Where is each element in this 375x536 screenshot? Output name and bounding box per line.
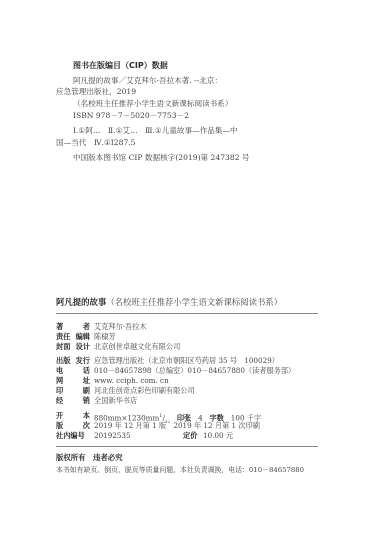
cip-publisher-line: 应急管理出版社，2019 — [56, 86, 136, 97]
row-value: 全国新华书店 — [94, 396, 137, 406]
row-value: 2019 年 12 月第 1 版 2019 年 12 月第 1 次印刷 — [94, 421, 260, 431]
row-label: 网址 — [56, 376, 90, 386]
footer-divider — [56, 446, 318, 447]
row-label: 社内编号 — [56, 431, 90, 441]
row-value: 艾克拜尔·吾拉木 — [94, 322, 147, 332]
cip-library-record: 中国版本图书馆 CIP 数据核字(2019)第 247382 号 — [73, 152, 250, 163]
row-label: 电话 — [56, 366, 90, 376]
row-value: 河北佳创奇点彩色印刷有限公司 — [94, 386, 195, 396]
cip-title-line: 阿凡提的故事／艾克拜尔·吾拉木著. --北京： — [73, 75, 222, 86]
row-label: 责任编辑 — [56, 332, 90, 342]
row-label: 封面设计 — [56, 342, 90, 352]
row-value: 应急管理出版社（北京市朝阳区芍药居 35 号 100029） — [94, 356, 279, 366]
title-divider — [56, 313, 318, 314]
book-title: 阿凡提的故事 — [56, 297, 106, 307]
cip-series-line: （名校班主任推荐小学生语文新课标阅读书系） — [73, 98, 232, 109]
cip-isbn-line: ISBN 978－7－5020－7753－2 — [73, 110, 189, 121]
cip-heading: 图书在版编目（CIP）数据 — [73, 60, 168, 71]
row-value: 陈棣芳 — [94, 332, 116, 342]
cip-classification-cont: 国—当代 Ⅳ.①I287.5 — [56, 137, 136, 148]
row-value: 北京创世卓越文化有限公司 — [94, 342, 180, 352]
website-link: www. cciph. com. cn — [94, 376, 169, 386]
row-value: 010－84657898（总编室）010－84657880（读者服务部） — [94, 366, 295, 376]
copyright-notice: 版权所有 违者必究 — [56, 453, 123, 463]
cip-classification-line: Ⅰ.①阿… Ⅱ.①艾… Ⅲ.①儿童故事—作品集—中 — [73, 125, 238, 136]
row-label: 开本 — [56, 411, 90, 421]
copyright-page: 图书在版编目（CIP）数据 阿凡提的故事／艾克拜尔·吾拉木著. --北京： 应急… — [0, 0, 375, 536]
row-label: 版次 — [56, 421, 90, 431]
row-label: 著者 — [56, 322, 90, 332]
row-label: 经销 — [56, 396, 90, 406]
row-label: 印刷 — [56, 386, 90, 396]
row-value: 20192535 — [94, 431, 131, 441]
quality-notice: 本书如有缺页、倒页、脱页等质量问题，本社负责调换，电话：010－84657880 — [56, 465, 304, 475]
book-series: （名校班主任推荐小学生语文新课标阅读书系） — [106, 297, 282, 307]
price-value: 10.00 元 — [203, 431, 233, 441]
price-label: 定价 — [183, 431, 197, 441]
row-label: 出版发行 — [56, 356, 90, 366]
book-title-line: 阿凡提的故事（名校班主任推荐小学生语文新课标阅读书系） — [56, 296, 282, 308]
